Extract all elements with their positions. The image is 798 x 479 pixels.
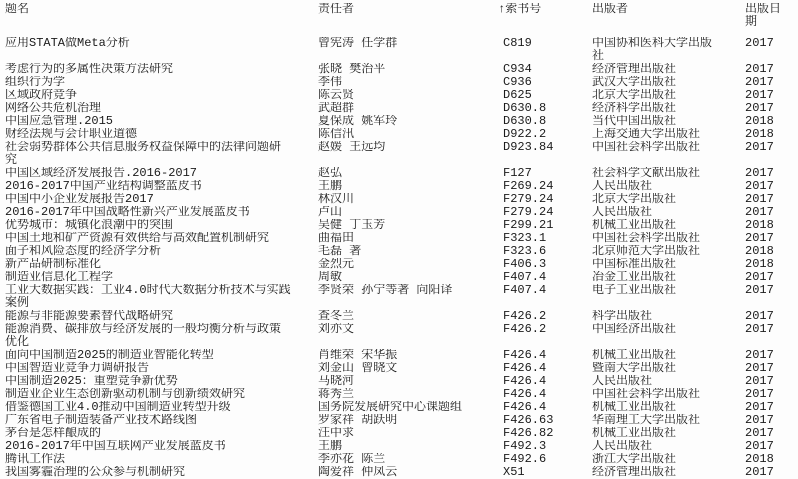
book-title[interactable]: 考虑行为的多属性决策方法研究	[5, 63, 173, 76]
pub-date-cell: 2017	[745, 388, 798, 401]
author-cell: 肖维荣 宋华振	[318, 349, 498, 362]
book-publisher: 经济管理出版社	[592, 63, 676, 76]
call-number-cell: F406.3	[498, 258, 592, 271]
book-author: 陶爱祥 仲凤云	[318, 466, 397, 479]
title-cell: 财经法规与会计职业道德	[5, 128, 318, 141]
call-number-cell: F269.24	[498, 180, 592, 193]
title-cell: 考虑行为的多属性决策方法研究	[5, 63, 318, 76]
book-publisher: 中国社会科学出版社	[592, 232, 700, 245]
book-publisher: 科学出版社	[592, 310, 652, 323]
book-author: 肖维荣 宋华振	[318, 349, 397, 362]
book-call-number: F426.4	[503, 388, 546, 401]
book-title[interactable]: 2016-2017年中国互联网产业发展蓝皮书	[5, 440, 226, 453]
publisher-cell: 北京大学出版社	[592, 193, 745, 206]
book-call-number: F492.6	[503, 453, 546, 466]
title-cell: 借鉴德国工业4.0推动中国制造业转型升级	[5, 401, 318, 414]
table-row: 2016-2017年中国战略性新兴产业发展蓝皮书 卢山 F279.24 人民出版…	[5, 206, 798, 219]
book-author: 赵弘	[318, 167, 342, 180]
call-number-cell: F426.4	[498, 362, 592, 375]
call-number-cell: F323.6	[498, 245, 592, 258]
table-row: 财经法规与会计职业道德 陈信汛 D922.2 上海交通大学出版社 2018	[5, 128, 798, 141]
pub-date-cell: 2017	[745, 362, 798, 375]
book-author: 陈信汛	[318, 128, 354, 141]
book-publisher: 中国标准出版社	[592, 258, 676, 271]
book-publisher: 上海交通大学出版社	[592, 128, 700, 141]
book-publisher: 北京大学出版社	[592, 89, 676, 102]
table-row: 能源消费、碳排放与经济发展的一般均衡分析与政策优化 刘亦文 F426.2 中国经…	[5, 323, 798, 349]
pub-date-cell: 2017	[745, 414, 798, 427]
table-row: 腾讯工作法 李亦花 陈兰 F492.6 浙江大学出版社 2018	[5, 453, 798, 466]
pub-date-cell: 2017	[745, 63, 798, 76]
title-cell: 我国雾霾治理的公众参与机制研究	[5, 466, 318, 479]
call-number-cell: F492.3	[498, 440, 592, 453]
book-author: 张晓 樊治平	[318, 63, 385, 76]
book-author: 蒋秀兰	[318, 388, 354, 401]
book-call-number: F323.6	[503, 245, 546, 258]
book-author: 李亦花 陈兰	[318, 453, 385, 466]
book-pub-date: 2017	[745, 362, 774, 375]
publisher-cell: 冶金工业出版社	[592, 271, 745, 284]
book-pub-date: 2018	[745, 258, 774, 271]
title-cell: 中国智造业竞争力调研报告	[5, 362, 318, 375]
book-author: 赵媛 王远均	[318, 141, 385, 154]
book-pub-date: 2018	[745, 453, 774, 466]
book-title[interactable]: 中国区域经济发展报告.2016-2017	[5, 167, 197, 180]
book-author: 李伟	[318, 76, 342, 89]
table-row: 借鉴德国工业4.0推动中国制造业转型升级 国务院发展研究中心课题组 F426.4…	[5, 401, 798, 414]
book-title[interactable]: 制造业企业生态创新驱动机制与创新绩效研究	[5, 388, 245, 401]
author-cell: 武超群	[318, 102, 498, 115]
pub-date-cell: 2017	[745, 349, 798, 362]
pub-date-cell: 2017	[745, 141, 798, 167]
table-row: 制造业信息化工程学 周敏 F407.4 冶金工业出版社 2017	[5, 271, 798, 284]
table-row: 中国区域经济发展报告.2016-2017 赵弘 F127 社会科学文献出版社 2…	[5, 167, 798, 180]
book-publisher: 机械工业出版社	[592, 219, 676, 232]
book-publisher: 经济管理出版社	[592, 466, 676, 479]
publisher-cell: 中国经济出版社	[592, 323, 745, 349]
pub-date-cell: 2017	[745, 167, 798, 180]
call-number-cell: F426.2	[498, 323, 592, 349]
book-author: 李贤荣 孙宁等著 向阳译	[318, 284, 452, 297]
book-author: 武超群	[318, 102, 354, 115]
column-header-author[interactable]: 责任者	[318, 3, 498, 37]
book-call-number: F426.4	[503, 349, 546, 362]
title-cell: 2016-2017中国产业结构调整蓝皮书	[5, 180, 318, 193]
publisher-cell: 人民出版社	[592, 180, 745, 193]
table-row: 工业大数据实践：工业4.0时代大数据分析技术与实践案例 李贤荣 孙宁等著 向阳译…	[5, 284, 798, 310]
column-header-call-number-label: 索书号	[505, 3, 541, 16]
publisher-cell: 中国社会科学出版社	[592, 232, 745, 245]
pub-date-cell: 2017	[745, 323, 798, 349]
publisher-cell: 人民出版社	[592, 440, 745, 453]
publisher-cell: 北京师范大学出版社	[592, 245, 745, 258]
book-call-number: F407.4	[503, 271, 546, 284]
book-title[interactable]: 财经法规与会计职业道德	[5, 128, 137, 141]
table-header-row: 题名 责任者 ↑索书号 出版者 出版日期	[5, 3, 798, 37]
book-author: 国务院发展研究中心课题组	[318, 401, 462, 414]
book-call-number: F279.24	[503, 193, 553, 206]
book-title[interactable]: 面向中国制造2025的制造业智能化转型	[5, 349, 214, 362]
table-row: 能源与非能源要素替代战略研究 查冬兰 F426.2 科学出版社 2017	[5, 310, 798, 323]
book-pub-date: 2017	[745, 232, 774, 245]
pub-date-cell: 2018	[745, 115, 798, 128]
book-title[interactable]: 制造业信息化工程学	[5, 271, 113, 284]
title-cell: 能源消费、碳排放与经济发展的一般均衡分析与政策优化	[5, 323, 318, 349]
book-pub-date: 2017	[745, 141, 774, 154]
title-cell: 能源与非能源要素替代战略研究	[5, 310, 318, 323]
book-pub-date: 2017	[745, 414, 774, 427]
book-pub-date: 2017	[745, 206, 774, 219]
table-row: 中国智造业竞争力调研报告 刘金山 曾晓文 F426.4 暨南大学出版社 2017	[5, 362, 798, 375]
table-row: 考虑行为的多属性决策方法研究 张晓 樊治平 C934 经济管理出版社 2017	[5, 63, 798, 76]
book-publisher: 人民出版社	[592, 375, 652, 388]
call-number-cell: F426.4	[498, 388, 592, 401]
author-cell: 赵媛 王远均	[318, 141, 498, 167]
publisher-cell: 科学出版社	[592, 310, 745, 323]
publisher-cell: 人民出版社	[592, 206, 745, 219]
book-publisher: 中国经济出版社	[592, 323, 676, 336]
book-author: 卢山	[318, 206, 342, 219]
author-cell: 陈信汛	[318, 128, 498, 141]
title-cell: 面向中国制造2025的制造业智能化转型	[5, 349, 318, 362]
book-pub-date: 2017	[745, 102, 774, 115]
book-title[interactable]: 新产品研制标准化	[5, 258, 101, 271]
title-cell: 广东省电子制造装备产业技术路线图	[5, 414, 318, 427]
title-cell: 组织行为学	[5, 76, 318, 89]
book-pub-date: 2017	[745, 180, 774, 193]
book-title[interactable]: 腾讯工作法	[5, 453, 65, 466]
call-number-cell: F299.21	[498, 219, 592, 232]
call-number-cell: F426.63	[498, 414, 592, 427]
table-row: 网络公共危机治理 武超群 D630.8 经济科学出版社 2017	[5, 102, 798, 115]
table-row: 中国应急管理.2015 夏保成 姚军玲 D630.8 当代中国出版社 2018	[5, 115, 798, 128]
call-number-cell: F279.24	[498, 206, 592, 219]
publisher-cell: 中国社会科学出版社	[592, 388, 745, 401]
book-title[interactable]: 优势城市：城镇化浪潮中的突围	[5, 219, 173, 232]
book-call-number: F426.82	[503, 427, 553, 440]
book-author: 曾宪涛 任学群	[318, 37, 397, 50]
publisher-cell: 电子工业出版社	[592, 284, 745, 310]
author-cell: 金烈元	[318, 258, 498, 271]
book-pub-date: 2017	[745, 89, 774, 102]
title-cell: 应用STATA做Meta分析	[5, 37, 318, 63]
book-publisher: 中国社会科学出版社	[592, 141, 700, 154]
book-pub-date: 2017	[745, 466, 774, 479]
title-cell: 中国制造2025：重塑竞争新优势	[5, 375, 318, 388]
book-author: 金烈元	[318, 258, 354, 271]
publisher-cell: 社会科学文献出版社	[592, 167, 745, 180]
publisher-cell: 中国标准出版社	[592, 258, 745, 271]
book-call-number: D630.8	[503, 102, 546, 115]
pub-date-cell: 2018	[745, 128, 798, 141]
book-call-number: F426.4	[503, 375, 546, 388]
table-row: 我国雾霾治理的公众参与机制研究 陶爱祥 仲凤云 X51 经济管理出版社 2017	[5, 466, 798, 479]
book-publisher: 中国社会科学出版社	[592, 388, 700, 401]
column-header-pub-date[interactable]: 出版日期	[745, 3, 798, 37]
book-publisher: 冶金工业出版社	[592, 271, 676, 284]
book-title[interactable]: 中国制造2025：重塑竞争新优势	[5, 375, 178, 388]
publisher-cell: 经济科学出版社	[592, 102, 745, 115]
table-row: 制造业企业生态创新驱动机制与创新绩效研究 蒋秀兰 F426.4 中国社会科学出版…	[5, 388, 798, 401]
table-body: 应用STATA做Meta分析 曾宪涛 任学群 C819 中国协和医科大学出版社 …	[5, 37, 798, 479]
book-pub-date: 2017	[745, 427, 774, 440]
title-cell: 工业大数据实践：工业4.0时代大数据分析技术与实践案例	[5, 284, 318, 310]
call-number-cell: D630.8	[498, 102, 592, 115]
title-cell: 网络公共危机治理	[5, 102, 318, 115]
book-publisher: 机械工业出版社	[592, 349, 676, 362]
call-number-cell: C936	[498, 76, 592, 89]
book-publisher: 经济科学出版社	[592, 102, 676, 115]
book-title[interactable]: 茅台是怎样酿成的	[5, 427, 101, 440]
book-call-number: D630.8	[503, 115, 546, 128]
call-number-cell: F426.4	[498, 375, 592, 388]
title-cell: 中国应急管理.2015	[5, 115, 318, 128]
pub-date-cell: 2017	[745, 180, 798, 193]
table-row: 优势城市：城镇化浪潮中的突围 吴健 丁玉芳 F299.21 机械工业出版社 20…	[5, 219, 798, 232]
title-cell: 腾讯工作法	[5, 453, 318, 466]
catalog-results-page: 题名 责任者 ↑索书号 出版者 出版日期 应用STATA做Meta分析 曾宪涛 …	[0, 0, 798, 479]
author-cell: 陈云贤	[318, 89, 498, 102]
book-call-number: F406.3	[503, 258, 546, 271]
title-cell: 制造业企业生态创新驱动机制与创新绩效研究	[5, 388, 318, 401]
author-cell: 刘金山 曾晓文	[318, 362, 498, 375]
pub-date-cell: 2017	[745, 284, 798, 310]
author-cell: 刘亦文	[318, 323, 498, 349]
pub-date-cell: 2017	[745, 427, 798, 440]
column-header-title[interactable]: 题名	[5, 3, 318, 37]
table-row: 茅台是怎样酿成的 汪中求 F426.82 机械工业出版社 2017	[5, 427, 798, 440]
book-title[interactable]: 面子和风险态度的经济学分析	[5, 245, 161, 258]
book-title[interactable]: 我国雾霾治理的公众参与机制研究	[5, 466, 185, 479]
author-cell: 国务院发展研究中心课题组	[318, 401, 498, 414]
publisher-cell: 上海交通大学出版社	[592, 128, 745, 141]
author-cell: 陶爱祥 仲凤云	[318, 466, 498, 479]
book-title[interactable]: 借鉴德国工业4.0推动中国制造业转型升级	[5, 401, 231, 414]
book-call-number: F492.3	[503, 440, 546, 453]
publisher-cell: 机械工业出版社	[592, 219, 745, 232]
book-call-number: C819	[503, 37, 532, 50]
book-call-number: D625	[503, 89, 532, 102]
pub-date-cell: 2017	[745, 466, 798, 479]
title-cell: 面子和风险态度的经济学分析	[5, 245, 318, 258]
book-author: 马晓河	[318, 375, 354, 388]
publisher-cell: 中国协和医科大学出版社	[592, 37, 745, 63]
title-cell: 新产品研制标准化	[5, 258, 318, 271]
book-title[interactable]: 组织行为学	[5, 76, 65, 89]
table-row: 中国中小企业发展报告2017 林汉川 F279.24 北京大学出版社 2017	[5, 193, 798, 206]
call-number-cell: F323.1	[498, 232, 592, 245]
column-header-pub-date-label: 出版日期	[745, 3, 785, 29]
book-title[interactable]: 中国土地和矿产资源有效供给与高效配置机制研究	[5, 232, 269, 245]
book-call-number: F299.21	[503, 219, 553, 232]
pub-date-cell: 2017	[745, 102, 798, 115]
call-number-cell: F426.4	[498, 349, 592, 362]
call-number-cell: D630.8	[498, 115, 592, 128]
book-pub-date: 2017	[745, 193, 774, 206]
author-cell: 李亦花 陈兰	[318, 453, 498, 466]
book-author: 曲福田	[318, 232, 354, 245]
book-call-number: F426.4	[503, 401, 546, 414]
publisher-cell: 浙江大学出版社	[592, 453, 745, 466]
pub-date-cell: 2018	[745, 453, 798, 466]
book-author: 罗家祥 胡跃明	[318, 414, 397, 427]
author-cell: 吴健 丁玉芳	[318, 219, 498, 232]
call-number-cell: F492.6	[498, 453, 592, 466]
call-number-cell: F426.4	[498, 401, 592, 414]
book-author: 刘金山 曾晓文	[318, 362, 397, 375]
book-author: 周敏	[318, 271, 342, 284]
author-cell: 曾宪涛 任学群	[318, 37, 498, 63]
book-publisher: 人民出版社	[592, 440, 652, 453]
author-cell: 曲福田	[318, 232, 498, 245]
book-author: 王鹏	[318, 180, 342, 193]
table-row: 应用STATA做Meta分析 曾宪涛 任学群 C819 中国协和医科大学出版社 …	[5, 37, 798, 63]
catalog-results-table: 题名 责任者 ↑索书号 出版者 出版日期 应用STATA做Meta分析 曾宪涛 …	[5, 3, 798, 479]
book-title[interactable]: 能源与非能源要素替代战略研究	[5, 310, 173, 323]
book-author: 毛磊 著	[318, 245, 361, 258]
call-number-cell: F279.24	[498, 193, 592, 206]
book-publisher: 电子工业出版社	[592, 284, 676, 297]
publisher-cell: 人民出版社	[592, 375, 745, 388]
book-pub-date: 2017	[745, 37, 774, 50]
publisher-cell: 机械工业出版社	[592, 427, 745, 440]
book-pub-date: 2017	[745, 323, 774, 336]
book-call-number: C936	[503, 76, 532, 89]
book-author: 汪中求	[318, 427, 354, 440]
book-publisher: 武汉大学出版社	[592, 76, 676, 89]
book-pub-date: 2018	[745, 245, 774, 258]
book-publisher: 社会科学文献出版社	[592, 167, 700, 180]
table-row: 新产品研制标准化 金烈元 F406.3 中国标准出版社 2018	[5, 258, 798, 271]
book-author: 林汉川	[318, 193, 354, 206]
book-title[interactable]: 广东省电子制造装备产业技术路线图	[5, 414, 197, 427]
book-call-number: F426.63	[503, 414, 553, 427]
book-pub-date: 2017	[745, 310, 774, 323]
title-cell: 茅台是怎样酿成的	[5, 427, 318, 440]
book-call-number: F323.1	[503, 232, 546, 245]
book-title[interactable]: 能源消费、碳排放与经济发展的一般均衡分析与政策优化	[5, 323, 291, 349]
book-title[interactable]: 区域政府竞争	[5, 89, 77, 102]
book-pub-date: 2017	[745, 63, 774, 76]
book-title[interactable]: 工业大数据实践：工业4.0时代大数据分析技术与实践案例	[5, 284, 291, 310]
call-number-cell: D922.2	[498, 128, 592, 141]
book-pub-date: 2017	[745, 349, 774, 362]
book-call-number: F426.2	[503, 310, 546, 323]
book-pub-date: 2018	[745, 115, 774, 128]
call-number-cell: D923.84	[498, 141, 592, 167]
publisher-cell: 北京大学出版社	[592, 89, 745, 102]
book-call-number: F279.24	[503, 206, 553, 219]
book-title[interactable]: 2016-2017中国产业结构调整蓝皮书	[5, 180, 202, 193]
call-number-cell: C934	[498, 63, 592, 76]
book-call-number: F407.4	[503, 284, 546, 297]
book-title[interactable]: 中国中小企业发展报告2017	[5, 193, 154, 206]
book-author: 陈云贤	[318, 89, 354, 102]
publisher-cell: 武汉大学出版社	[592, 76, 745, 89]
author-cell: 罗家祥 胡跃明	[318, 414, 498, 427]
column-header-publisher[interactable]: 出版者	[592, 3, 745, 37]
author-cell: 李伟	[318, 76, 498, 89]
book-author: 刘亦文	[318, 323, 354, 336]
table-row: 中国土地和矿产资源有效供给与高效配置机制研究 曲福田 F323.1 中国社会科学…	[5, 232, 798, 245]
book-pub-date: 2017	[745, 167, 774, 180]
author-cell: 王鹏	[318, 440, 498, 453]
call-number-cell: C819	[498, 37, 592, 63]
book-author: 夏保成 姚军玲	[318, 115, 397, 128]
book-call-number: F426.2	[503, 323, 546, 336]
book-pub-date: 2017	[745, 271, 774, 284]
author-cell: 卢山	[318, 206, 498, 219]
book-publisher: 机械工业出版社	[592, 401, 676, 414]
book-title[interactable]: 应用STATA做Meta分析	[5, 37, 130, 50]
publisher-cell: 当代中国出版社	[592, 115, 745, 128]
book-pub-date: 2018	[745, 219, 774, 232]
publisher-cell: 中国社会科学出版社	[592, 141, 745, 167]
title-cell: 中国中小企业发展报告2017	[5, 193, 318, 206]
pub-date-cell: 2017	[745, 76, 798, 89]
book-pub-date: 2017	[745, 375, 774, 388]
title-cell: 社会弱势群体公共信息服务权益保障中的法律问题研究	[5, 141, 318, 167]
table-row: 面子和风险态度的经济学分析 毛磊 著 F323.6 北京师范大学出版社 2018	[5, 245, 798, 258]
author-cell: 李贤荣 孙宁等著 向阳译	[318, 284, 498, 310]
book-title[interactable]: 中国智造业竞争力调研报告	[5, 362, 149, 375]
title-cell: 中国区域经济发展报告.2016-2017	[5, 167, 318, 180]
author-cell: 夏保成 姚军玲	[318, 115, 498, 128]
publisher-cell: 机械工业出版社	[592, 401, 745, 414]
call-number-cell: X51	[498, 466, 592, 479]
book-publisher: 人民出版社	[592, 180, 652, 193]
book-publisher: 中国协和医科大学出版社	[592, 37, 718, 63]
publisher-cell: 暨南大学出版社	[592, 362, 745, 375]
book-pub-date: 2017	[745, 284, 774, 297]
table-row: 面向中国制造2025的制造业智能化转型 肖维荣 宋华振 F426.4 机械工业出…	[5, 349, 798, 362]
book-pub-date: 2017	[745, 388, 774, 401]
title-cell: 优势城市：城镇化浪潮中的突围	[5, 219, 318, 232]
pub-date-cell: 2017	[745, 401, 798, 414]
book-pub-date: 2017	[745, 76, 774, 89]
book-publisher: 北京师范大学出版社	[592, 245, 700, 258]
column-header-call-number[interactable]: ↑索书号	[498, 3, 592, 37]
author-cell: 蒋秀兰	[318, 388, 498, 401]
book-call-number: C934	[503, 63, 532, 76]
book-title[interactable]: 网络公共危机治理	[5, 102, 101, 115]
book-call-number: X51	[503, 466, 525, 479]
book-title[interactable]: 中国应急管理.2015	[5, 115, 113, 128]
table-row: 区域政府竞争 陈云贤 D625 北京大学出版社 2017	[5, 89, 798, 102]
pub-date-cell: 2017	[745, 89, 798, 102]
book-pub-date: 2017	[745, 401, 774, 414]
publisher-cell: 经济管理出版社	[592, 63, 745, 76]
pub-date-cell: 2017	[745, 271, 798, 284]
author-cell: 查冬兰	[318, 310, 498, 323]
book-call-number: F127	[503, 167, 532, 180]
pub-date-cell: 2017	[745, 193, 798, 206]
book-author: 查冬兰	[318, 310, 354, 323]
pub-date-cell: 2017	[745, 375, 798, 388]
author-cell: 张晓 樊治平	[318, 63, 498, 76]
title-cell: 2016-2017年中国战略性新兴产业发展蓝皮书	[5, 206, 318, 219]
call-number-cell: F426.82	[498, 427, 592, 440]
publisher-cell: 华南理工大学出版社	[592, 414, 745, 427]
title-cell: 区域政府竞争	[5, 89, 318, 102]
book-pub-date: 2017	[745, 440, 774, 453]
book-publisher: 暨南大学出版社	[592, 362, 676, 375]
call-number-cell: D625	[498, 89, 592, 102]
book-title[interactable]: 2016-2017年中国战略性新兴产业发展蓝皮书	[5, 206, 250, 219]
pub-date-cell: 2018	[745, 245, 798, 258]
title-cell: 2016-2017年中国互联网产业发展蓝皮书	[5, 440, 318, 453]
book-title[interactable]: 社会弱势群体公共信息服务权益保障中的法律问题研究	[5, 141, 291, 167]
